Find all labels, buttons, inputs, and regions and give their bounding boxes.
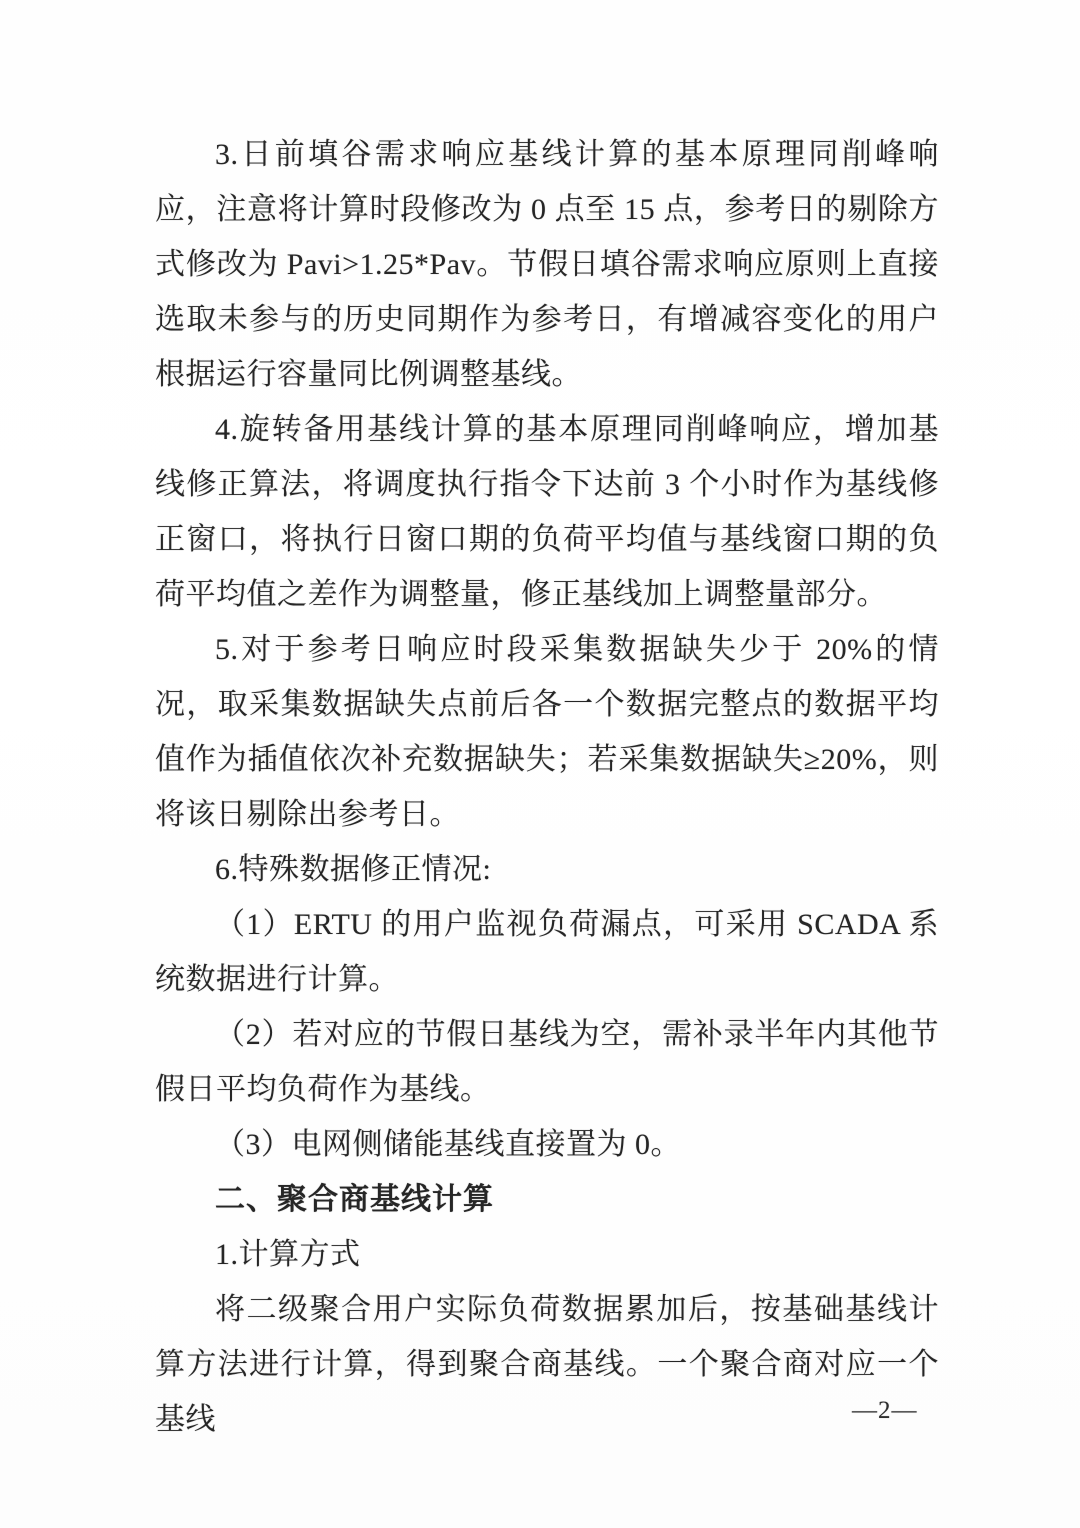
document-body: 3.日前填谷需求响应基线计算的基本原理同削峰响应，注意将计算时段修改为 0 点至… — [155, 127, 939, 1447]
paragraph: 1.计算方式 — [155, 1227, 939, 1282]
paragraph: 将二级聚合用户实际负荷数据累加后，按基础基线计算方法进行计算，得到聚合商基线。一… — [155, 1282, 939, 1447]
document-page: 3.日前填谷需求响应基线计算的基本原理同削峰响应，注意将计算时段修改为 0 点至… — [0, 0, 1080, 1528]
paragraph: 6.特殊数据修正情况: — [155, 842, 939, 897]
paragraph: 5.对于参考日响应时段采集数据缺失少于 20%的情况，取采集数据缺失点前后各一个… — [155, 622, 939, 842]
paragraph: 4.旋转备用基线计算的基本原理同削峰响应，增加基线修正算法，将调度执行指令下达前… — [155, 402, 939, 622]
paragraph: （1）ERTU 的用户监视负荷漏点，可采用 SCADA 系统数据进行计算。 — [155, 897, 939, 1007]
paragraph: （2）若对应的节假日基线为空，需补录半年内其他节假日平均负荷作为基线。 — [155, 1007, 939, 1117]
paragraph: 3.日前填谷需求响应基线计算的基本原理同削峰响应，注意将计算时段修改为 0 点至… — [155, 127, 939, 402]
page-number: —2— — [852, 1396, 918, 1426]
section-heading: 二、聚合商基线计算 — [155, 1172, 939, 1227]
paragraph: （3）电网侧储能基线直接置为 0。 — [155, 1117, 939, 1172]
